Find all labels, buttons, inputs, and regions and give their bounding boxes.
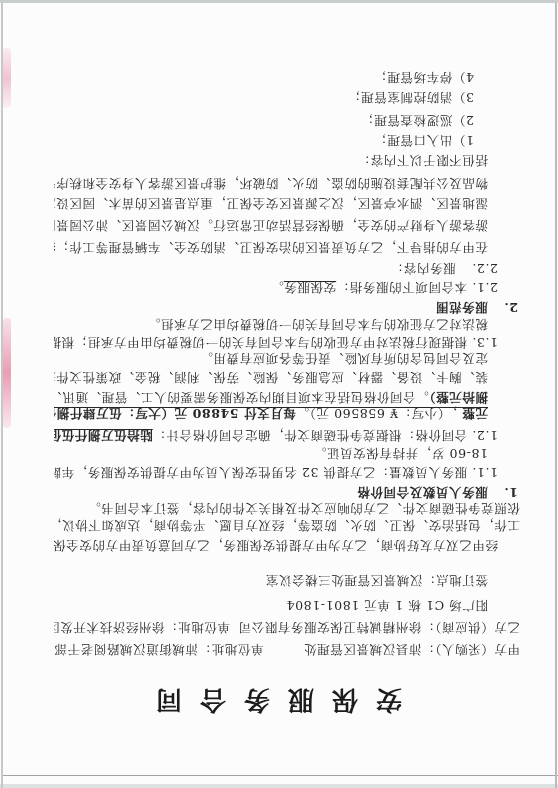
clause-1-1-cont: 18-60 岁，并持有保安员证。 bbox=[54, 445, 488, 461]
clause-2-2: 2.2.服务内容： bbox=[54, 260, 498, 276]
contract-total-suffix: 元整 bbox=[462, 406, 488, 421]
intro-line: 工作，包括治安、保卫、防火、防盗等，经双方自愿、平等协商，达成如下协议，现 bbox=[54, 517, 520, 533]
signing-place: 汉城景区管理处三楼会议室 bbox=[265, 573, 422, 588]
service-content-line: 游客游人身财产的安全，确保经营活动正常运行。汉城公园景区、沛公园景区、千岛 bbox=[54, 217, 488, 233]
clause-1-2-cont: 元整 ，（小写：¥ 658560 元）。每月支付 54880 元（大写：伍万肆仟… bbox=[54, 405, 488, 421]
page-edge-top bbox=[0, 784, 558, 788]
contract-total-words: 陆拾伍万捌仟伍佰陆拾 bbox=[54, 428, 153, 443]
clause-1-2-cont: 定及合同包含的所有风险、责任等各项应有费用。 bbox=[54, 350, 488, 366]
clause-1-2-cont: 装、胸卡、设备、器材、应急服务、保险、劳保、利润、税金、政策性文件规 bbox=[54, 369, 488, 385]
contract-total-numeric: ，（小写：¥ 658560 元）。 bbox=[296, 406, 462, 421]
clause-2-2-number: 2.2. bbox=[472, 261, 498, 276]
service-content-line: 在甲方的指导下，乙方负责景区的治安保卫、消防安全、车辆管理等工作；维护 bbox=[54, 239, 488, 255]
seam-seal-stamp-icon bbox=[3, 318, 11, 428]
document-title: 安保服务合同 bbox=[0, 683, 558, 720]
party-a-address: 沛城街道汉城路阅老干部局 bbox=[54, 642, 198, 657]
party-b-label: 乙方（供应商）： bbox=[421, 620, 520, 635]
party-b-address-line2: 阳广场 C1 栋 1 单元 1801-1804 bbox=[54, 597, 488, 613]
page-rule-line bbox=[2, 775, 558, 776]
clause-1-2-text: 1.2. 合同价格：根据竞争性磋商文件，确定合同价格合计： bbox=[153, 428, 498, 443]
clause-1-3: 1.3. 根据现行税法对甲方征收的与本合同有关的一切税费均由甲方承担；根据现行 bbox=[54, 334, 498, 350]
contract-page: 安保服务合同 甲方（采购人）：沛县汉城景区管理处单位地址：沛城街道汉城路阅老干部… bbox=[0, 0, 558, 788]
clause-1-2-cont: 捌拾元整）。合同价格包括在本项目期内安保服务需要的人工、管理、通讯、服 bbox=[54, 389, 488, 405]
party-a-address-label: 单位地址： bbox=[198, 642, 264, 657]
party-b-address-1: 徐州经济技术开发区明 bbox=[54, 620, 165, 635]
party-a-name: 沛县汉城景区管理处 bbox=[304, 642, 422, 657]
price-inclusions: 。合同价格包括在本项目期内安保服务需要的人工、管理、通讯、服 bbox=[54, 390, 429, 405]
clause-2-1-end: 。 bbox=[271, 280, 284, 295]
party-b-line: 乙方（供应商）：徐州精诚特卫保安服务有限公司单位地址：徐州经济技术开发区明 bbox=[54, 619, 520, 635]
intro-line: 经甲乙双方友好协商，乙方为甲方提供安保服务，乙方同意负责甲方的安全保卫 bbox=[54, 537, 498, 553]
section-2-number: 2. bbox=[504, 300, 518, 315]
clause-2-1-text: 2.1. 本合同项下的服务指： bbox=[336, 280, 498, 295]
party-b-name: 徐州精诚特卫保安服务有限公司 bbox=[238, 620, 421, 635]
clause-1-1: 1.1. 服务人员数量：乙方提供 32 名男性安保人员为甲方提供安保服务，年龄要… bbox=[54, 464, 498, 480]
list-item: 3）消防控制室管理； bbox=[8, 89, 474, 105]
clause-2-1: 2.1. 本合同项下的服务指：安保服务。 bbox=[54, 279, 498, 295]
clause-1-3-cont: 税法对乙方征收的与本合同有关的一切税费均由乙方承担。 bbox=[54, 316, 488, 332]
party-b-address-label: 单位地址： bbox=[165, 620, 231, 635]
service-type: 安保服务 bbox=[284, 280, 336, 295]
page-frame-left bbox=[555, 0, 557, 788]
monthly-payment: 每月支付 54880 元（大写：伍万肆仟捌佰 bbox=[54, 406, 296, 421]
section-2-title: 服务范围 bbox=[435, 300, 487, 315]
service-content-line: 物品及公共配套设施的防盗、防火、防破坏，维护景区游客人身安全和秩序管理，包 bbox=[54, 175, 488, 191]
party-a-label: 甲方（采购人）： bbox=[421, 642, 520, 657]
signing-place-line: 签订地点：汉城景区管理处三楼会议室 bbox=[54, 572, 488, 588]
page-edge-bottom bbox=[0, 0, 558, 3]
intro-line: 依照竞争性磋商文件、乙方的响应文件及相关文件的内容，签订本合同书。 bbox=[54, 500, 520, 516]
signing-place-label: 签订地点： bbox=[422, 573, 488, 588]
list-item: 1）出入口管理； bbox=[8, 132, 474, 148]
list-item: 2）巡逻检查管理； bbox=[8, 112, 474, 128]
clause-1-2: 1.2. 合同价格：根据竞争性磋商文件，确定合同价格合计：陆拾伍万捌仟伍佰陆拾 bbox=[54, 427, 498, 443]
section-1-heading: 1.服务人员数及合同价格 bbox=[52, 484, 518, 500]
section-1-title: 服务人员数及合同价格 bbox=[357, 485, 488, 500]
section-1-number: 1. bbox=[504, 485, 518, 500]
section-2-heading: 2.服务范围 bbox=[52, 299, 518, 315]
clause-2-2-label: 服务内容： bbox=[390, 261, 456, 276]
party-a-line: 甲方（采购人）：沛县汉城景区管理处单位地址：沛城街道汉城路阅老干部局 bbox=[54, 641, 520, 657]
list-item: 4）停车场管理； bbox=[8, 69, 474, 85]
service-content-line: 括但不限于以下内容： bbox=[54, 152, 488, 168]
service-content-line: 湿地景区、泗水亭景区，汉之源景区安全保卫，重点是景区的苗木、园区设施、展厅 bbox=[54, 195, 488, 211]
monthly-payment-words: 捌拾元整） bbox=[429, 390, 488, 405]
